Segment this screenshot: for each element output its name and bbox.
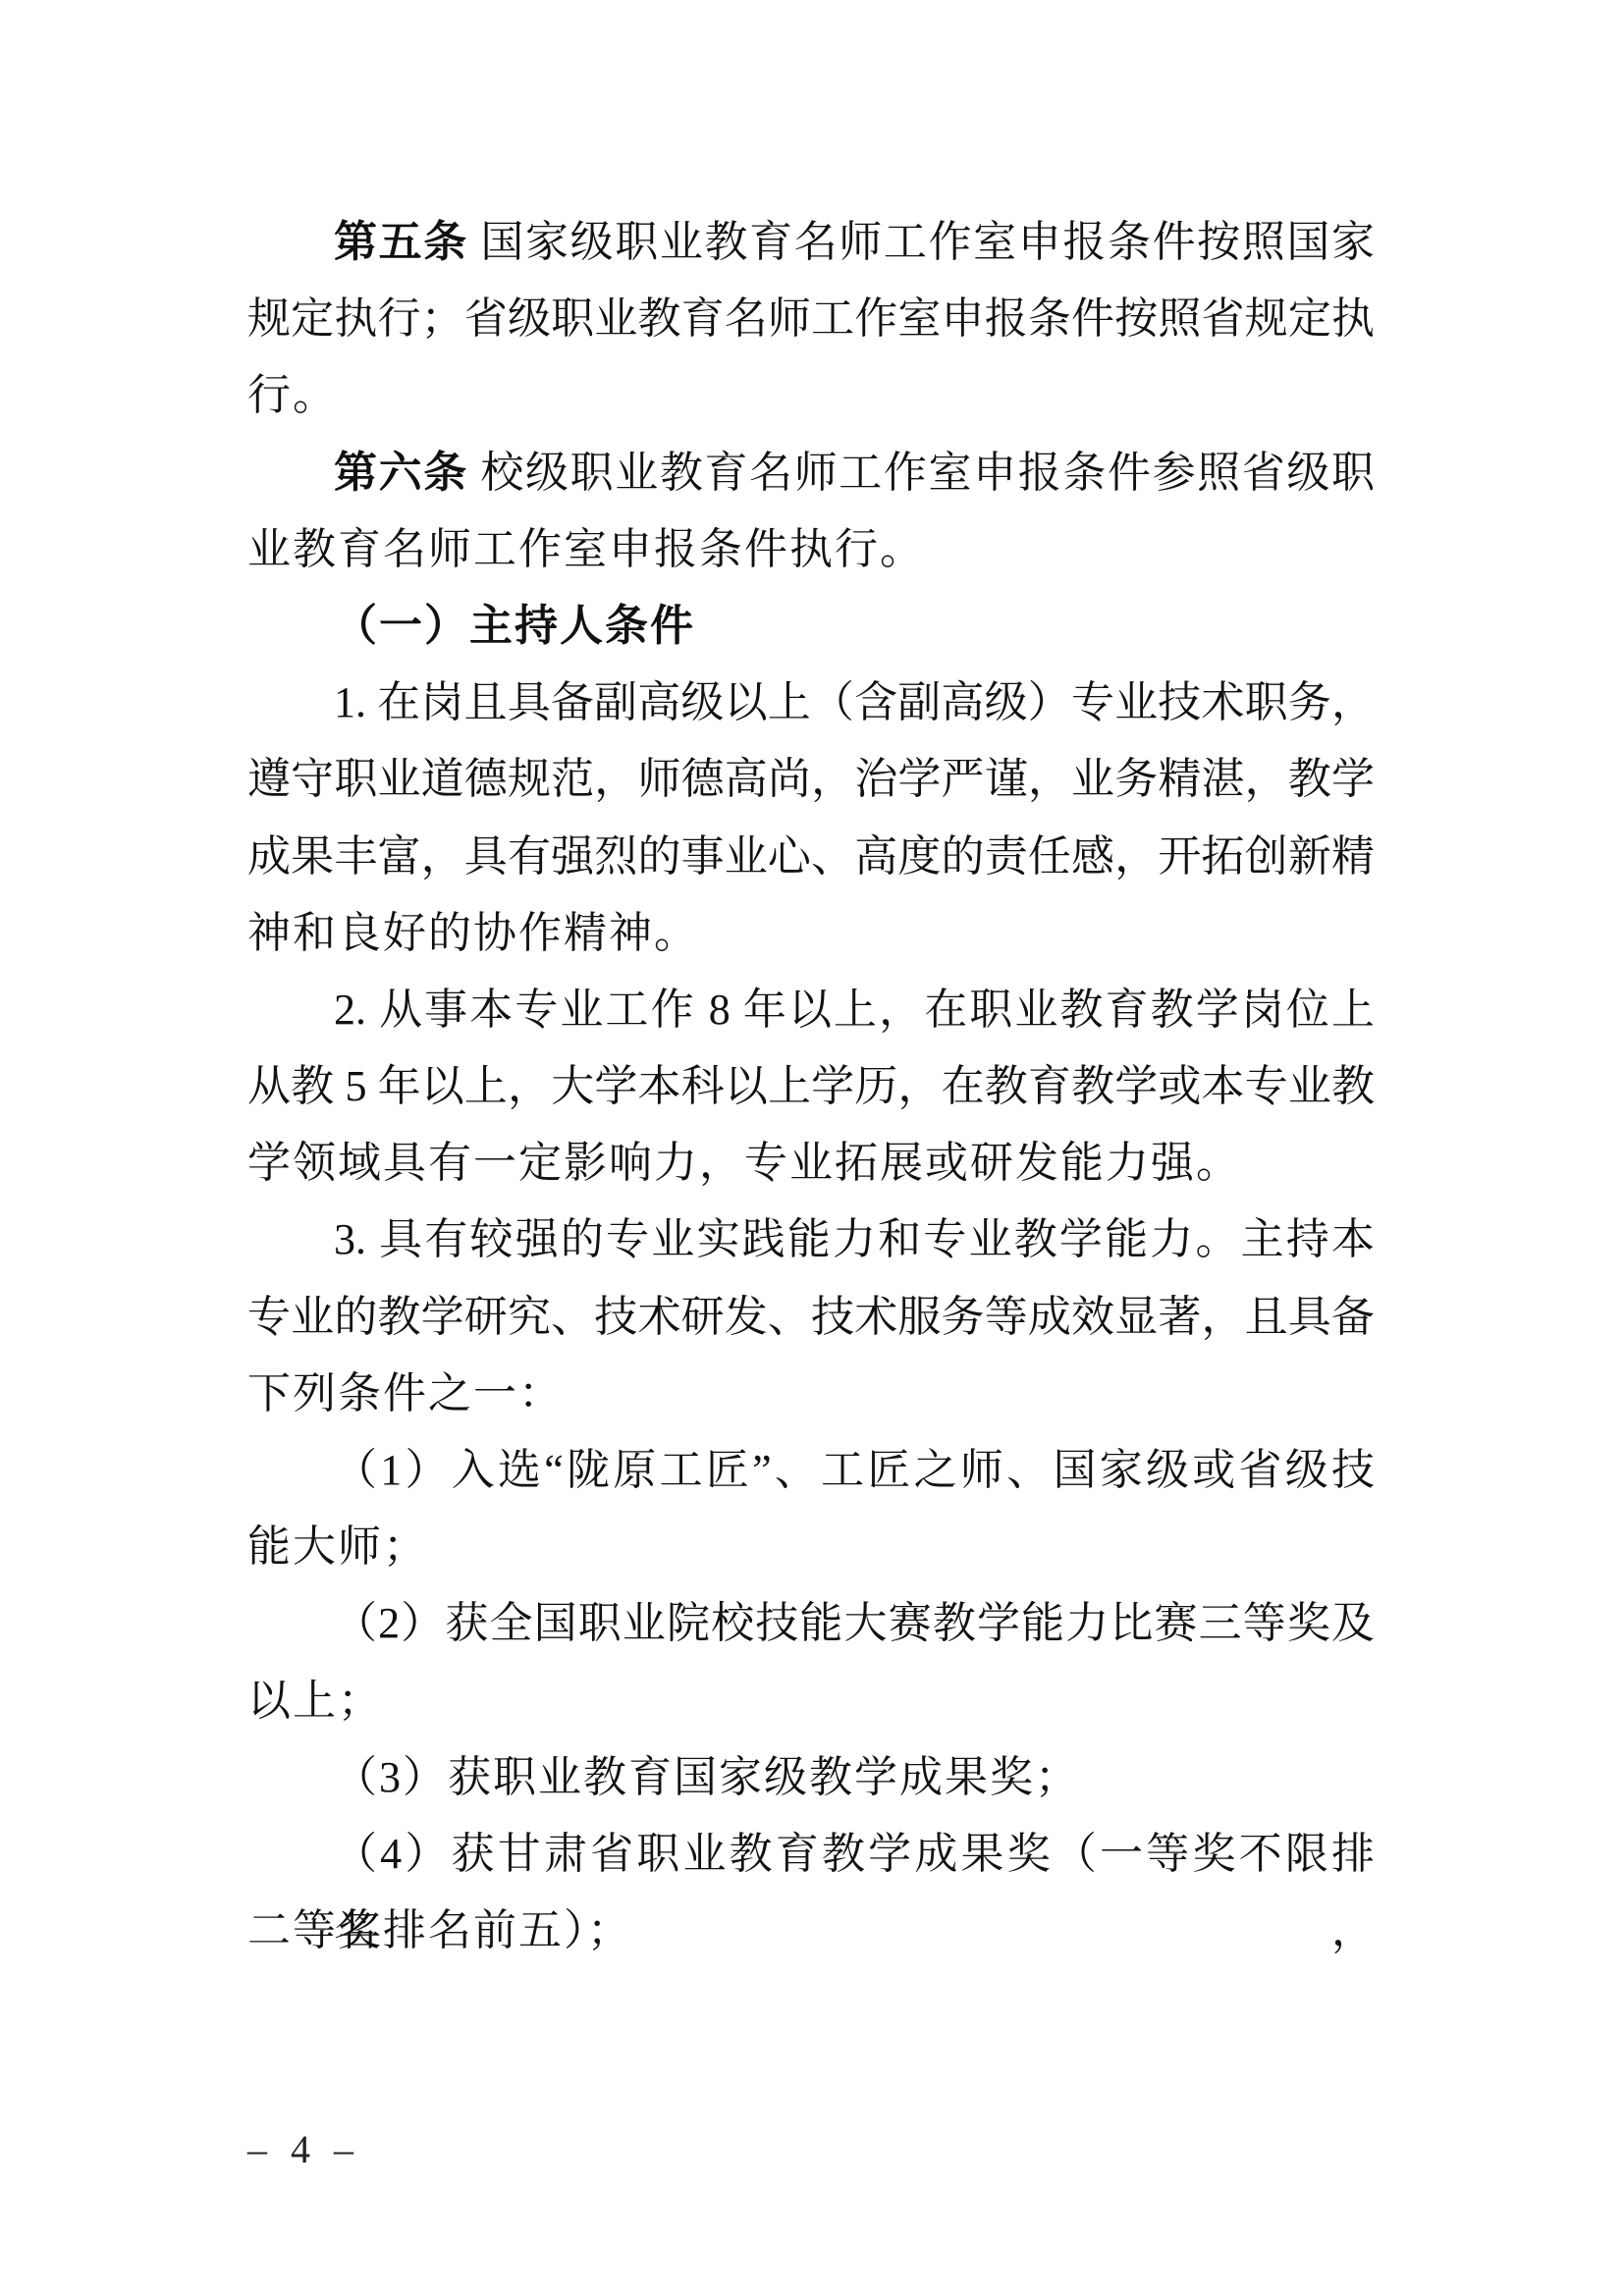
text-line: 以上； (247, 1663, 1375, 1739)
text-line: 规定执行；省级职业教育名师工作室申报条件按照省规定执 (247, 281, 1375, 357)
text-run: 成果丰富，具有强烈的事业心、高度的责任感，开拓创新精 (247, 832, 1375, 881)
text-run: 规定执行；省级职业教育名师工作室申报条件按照省规定执 (247, 294, 1375, 343)
text-line: 1. 在岗且具备副高级以上（含副高级）专业技术职务， (247, 665, 1375, 741)
text-run: 二等奖排名前五）； (247, 1906, 632, 1954)
text-line: （2）获全国职业院校技能大赛教学能力比赛三等奖及 (247, 1585, 1375, 1662)
text-run: （1）入选“陇原工匠”、工匠之师、国家级或省级技 (334, 1446, 1375, 1494)
text-run: 业教育名师工作室申报条件执行。 (247, 525, 925, 573)
bold-text-run: 第五条 (334, 218, 468, 266)
text-run: 2. 从事本专业工作 8 年以上，在职业教育教学岗位上 (334, 986, 1375, 1034)
text-line: 第六条 校级职业教育名师工作室申报条件参照省级职 (247, 435, 1375, 511)
text-run: 从教 5 年以上，大学本科以上学历，在教育教学或本专业教 (247, 1062, 1375, 1110)
text-run: （2）获全国职业院校技能大赛教学能力比赛三等奖及 (334, 1599, 1375, 1647)
text-run: 3. 具有较强的专业实践能力和专业教学能力。主持本 (334, 1215, 1375, 1263)
text-run: （3）获职业教育国家级教学成果奖； (334, 1753, 1080, 1801)
bold-text-run: （一）主持人条件 (334, 602, 695, 650)
text-run: 国家级职业教育名师工作室申报条件按照国家 (468, 218, 1375, 266)
text-run: 学领域具有一定影响力，专业拓展或研发能力强。 (247, 1139, 1241, 1187)
text-line: 神和良好的协作精神。 (247, 895, 1375, 972)
text-run: 校级职业教育名师工作室申报条件参照省级职 (468, 449, 1375, 497)
text-run: 1. 在岗且具备副高级以上（含副高级）专业技术职务， (334, 678, 1375, 726)
text-line: 2. 从事本专业工作 8 年以上，在职业教育教学岗位上 (247, 972, 1375, 1048)
text-line: （4）获甘肃省职业教育教学成果奖（一等奖不限排名， (247, 1816, 1375, 1893)
text-line: 专业的教学研究、技术研发、技术服务等成效显著，且具备 (247, 1279, 1375, 1356)
text-run: 下列条件之一： (247, 1369, 564, 1417)
text-line: 成果丰富，具有强烈的事业心、高度的责任感，开拓创新精 (247, 819, 1375, 895)
text-line: （1）入选“陇原工匠”、工匠之师、国家级或省级技 (247, 1432, 1375, 1509)
page-number: – 4 – (247, 2128, 360, 2171)
document-page: 第五条 国家级职业教育名师工作室申报条件按照国家规定执行；省级职业教育名师工作室… (0, 0, 1624, 2296)
text-line: 下列条件之一： (247, 1356, 1375, 1432)
text-line: 遵守职业道德规范，师德高尚，治学严谨，业务精湛，教学 (247, 741, 1375, 818)
document-body: 第五条 国家级职业教育名师工作室申报条件按照国家规定执行；省级职业教育名师工作室… (247, 204, 1375, 1969)
text-line: 能大师； (247, 1509, 1375, 1585)
text-line: 第五条 国家级职业教育名师工作室申报条件按照国家 (247, 204, 1375, 281)
text-line: （3）获职业教育国家级教学成果奖； (247, 1739, 1375, 1816)
bold-text-run: 第六条 (334, 449, 468, 497)
text-line: 从教 5 年以上，大学本科以上学历，在教育教学或本专业教 (247, 1048, 1375, 1125)
text-line: 学领域具有一定影响力，专业拓展或研发能力强。 (247, 1125, 1375, 1201)
text-line: 3. 具有较强的专业实践能力和专业教学能力。主持本 (247, 1201, 1375, 1278)
text-line: 业教育名师工作室申报条件执行。 (247, 511, 1375, 588)
text-line: （一）主持人条件 (247, 588, 1375, 665)
text-run: 专业的教学研究、技术研发、技术服务等成效显著，且具备 (247, 1293, 1375, 1341)
text-run: 能大师； (247, 1522, 428, 1571)
text-run: 以上； (247, 1677, 383, 1725)
text-run: 行。 (247, 371, 338, 419)
text-line: 行。 (247, 357, 1375, 434)
text-run: 遵守职业道德规范，师德高尚，治学严谨，业务精湛，教学 (247, 755, 1375, 803)
text-run: 神和良好的协作精神。 (247, 909, 699, 957)
